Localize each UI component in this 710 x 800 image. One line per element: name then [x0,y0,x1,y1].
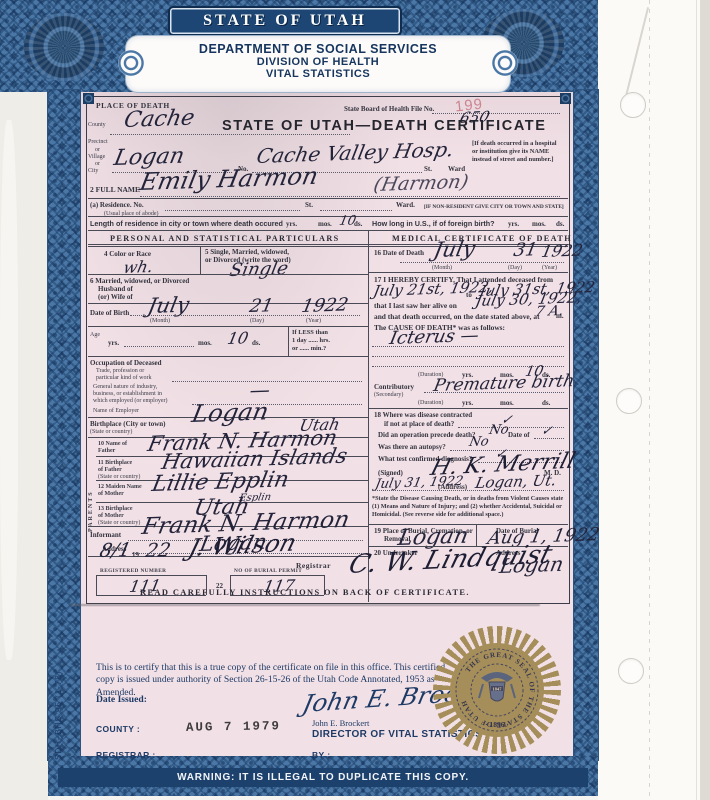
dur-ds2: ds. [542,400,550,407]
read-carefully-line: READ CAREFULLY INSTRUCTIONS ON BACK OF C… [140,588,470,597]
age-mos: mos. [198,340,212,347]
hole-punch [616,388,642,414]
date-issued-stamp: AUG 7 1979 [186,719,281,735]
dod-label: 16 Date of Death [374,250,424,257]
precinct-label: Precinct [88,139,108,145]
corner-rosette-left [24,13,104,81]
institution-value: Cache Valley Hosp. [255,139,456,166]
occ-b3: which employed (or employer) [93,398,167,404]
dod-sub-day: (Day) [508,265,522,271]
residence-ward-label: Ward. [396,202,415,209]
where-label-2: if not at place of death? [384,421,454,428]
occurred-label: and that death occurred, on the date sta… [374,313,540,320]
state-seal: THE GREAT SEAL OF THE STATE OF UTAH · 18… [433,626,561,754]
autopsy-label: Was there an autopsy? [378,444,446,451]
residence-st-label: St. [305,202,313,209]
dur-yrs2: yrs. [462,400,473,407]
father-label-1: 10 Name of [98,441,127,447]
father-bp-label-1: 11 Birthplace [98,460,132,466]
contributory-label: Contributory [374,384,414,391]
cause-footnote: *State the Disease Causing Death, or in … [372,495,566,518]
county-value: Cache [122,108,196,132]
less-than-2: 1 day ...... hrs. [292,337,366,345]
married-label: 6 Married, widowed, or Divorced [90,278,189,285]
scanned-death-certificate-page: STATE OF UTAH DEPARTMENT OF SOCIAL SERVI… [0,0,710,800]
dob-sub-day: (Day) [250,318,264,324]
age-label: Age [90,332,100,338]
nonresident-note: [IF NON-RESIDENT GIVE CITY OR TOWN AND S… [424,204,566,211]
dob-month: July [146,295,191,317]
seal-inner-year: 1847 [493,687,503,692]
informant-label: Informant [90,532,121,539]
saw-label: that I last saw her alive on [374,302,457,309]
backing-sheet [598,0,710,800]
full-name-paren: (Harmon) [372,173,470,195]
occ-b1: General nature of industry, [93,384,157,390]
dod-sub-year: (Year) [542,265,557,271]
occ-b2: business, or establishment in [93,391,162,397]
or-label: or [95,147,100,153]
dod-year: 1922 [540,243,584,260]
full-name-value: Emily Harmon [138,164,320,194]
seal-year: · 1896 · [485,720,509,729]
yrs-label: yrs. [286,221,297,228]
village-label: Village [88,154,105,160]
birthplace-city: Logan [190,399,271,426]
personal-section-header: PERSONAL AND STATISTICAL PARTICULARS [110,234,340,243]
mother-bp-label-1: 13 Birthplace [98,506,133,512]
seal-face: THE GREAT SEAL OF THE STATE OF UTAH · 18… [433,626,561,754]
duration2-label: (Duration) [418,400,443,406]
dod-month: July [432,239,477,261]
death-certificate: STATE OF UTAH DEPARTMENT OF SOCIAL SERVI… [0,0,598,796]
ds2-label: ds. [556,221,564,228]
mos2-label: mos. [532,221,546,228]
length-label: Length of residence in city or town wher… [90,220,283,227]
dob-sub-year: (Year) [306,318,321,324]
registered-number-label: REGISTERED NUMBER [100,569,166,574]
undertaker-addr-value: Logan [498,554,565,576]
filed-date: 8/1 [98,541,133,561]
scan-edge [700,0,710,800]
yrs2-label: yrs. [508,221,519,228]
operation-value: No [488,423,510,437]
or-label: or [95,161,100,167]
signed-address: Logan, Ut. [474,473,558,491]
cause-value: Icterus — [388,327,480,348]
registrar-issued-label: REGISTRAR : [96,750,156,760]
filed-year: 22 [144,541,172,561]
autopsy-value: No [468,435,490,449]
age-ds: ds. [252,340,260,347]
dod-day: 31 [512,241,539,260]
saw-value: July 30, 1922, [474,290,583,309]
full-name-label: 2 FULL NAME [90,186,140,194]
operation-label: Did an operation precede death? [378,432,475,439]
age-yrs: yrs. [108,340,119,347]
dod-sub-month: (Month) [432,265,452,271]
birthplace-sub: (State or country) [90,429,132,435]
perforation-line [649,0,650,800]
department-cartouche: DEPARTMENT OF SOCIAL SERVICES DIVISION O… [126,36,510,92]
hole-punch [620,92,646,118]
age-value: 10 [226,330,250,347]
filed-19: 19 [132,552,139,559]
wife-label: (or) Wife of [98,294,133,301]
form-code-vertical: SDH–BHS 95 (1-78) [54,640,63,760]
mother-label-1: 12 Maiden Name [98,484,142,490]
less-than-3: or ...... min.? [292,345,366,353]
warning-text: WARNING: IT IS ILLEGAL TO DUPLICATE THIS… [177,772,469,783]
less-than-1: If LESS than [292,329,366,337]
m-label: m. [556,313,564,320]
hole-punch [618,658,644,684]
parents-side-label: PARENTS [88,442,94,532]
warning-banner: WARNING: IT IS ILLEGAL TO DUPLICATE THIS… [58,768,588,787]
dob-year: 1922 [300,296,350,316]
occ-c: Name of Employer [93,408,139,414]
dob-sub-month: (Month) [150,318,170,324]
ds-label: ds. [354,221,362,228]
husband-label: Husband of [98,286,133,293]
mother-bp-label-2: of Mother [98,513,124,519]
dob-day: 21 [248,297,275,316]
burial-permit-label: NO OF BURIAL PERMIT [234,569,302,574]
to-label: to [466,292,472,299]
birthplace-label: Birthplace (City or town) [90,421,166,428]
corner-ornament [560,93,571,104]
dur-mos2: mos. [500,400,514,407]
ornate-right-border [574,90,598,760]
mother-label-2: of Mother [98,491,124,497]
department-title: DEPARTMENT OF SOCIAL SERVICES [126,42,510,56]
us-length-label: How long in U.S., if of foreign birth? [372,220,495,227]
father-label-2: Father [98,448,115,454]
dateof-label: Date of [508,432,530,439]
division-title: DIVISION OF HEALTH [126,56,510,68]
sleeve-edge-line [696,0,697,800]
banner-text: STATE OF UTAH [203,12,367,30]
marital-value: Single [228,260,290,280]
where-label-1: 18 Where was disease contracted [374,412,472,419]
director-name-print: John E. Brockert [312,718,369,729]
county-label: County [88,122,106,128]
torn-edge [0,120,18,660]
county-issued-label: COUNTY : [96,724,140,734]
hospital-note: [If death occurred in a hospital or inst… [472,140,564,164]
file-no-label: State Board of Health File No. [344,106,434,113]
by-label: BY : [312,750,330,760]
occ-a1: Trade, profession or [96,368,144,374]
occupation-label: Occupation of Deceased [90,360,162,367]
city-label: City [88,168,98,174]
occ-a2: particular kind of work [96,375,151,381]
certificate-title: STATE OF UTAH—DEATH CERTIFICATE [222,118,547,134]
scan-smudge [70,604,540,606]
residence-label: (a) Residence. No. [90,202,144,209]
corner-ornament [83,93,94,104]
vital-statistics-title: VITAL STATISTICS [126,68,510,80]
state-of-utah-banner: STATE OF UTAH [168,6,402,36]
date-issued-label: Date Issued: [96,694,147,706]
marital-label-1: 5 Single, Married, widowed, [205,249,289,256]
ornate-left-border [48,90,80,760]
mos-label: mos. [318,221,332,228]
registrar-signature: J. Wilson [186,531,299,560]
dob-label: Date of Birth [90,310,129,317]
father-bp-label-2: of Father [98,467,122,473]
secondary-label: (Secondary) [374,392,403,398]
